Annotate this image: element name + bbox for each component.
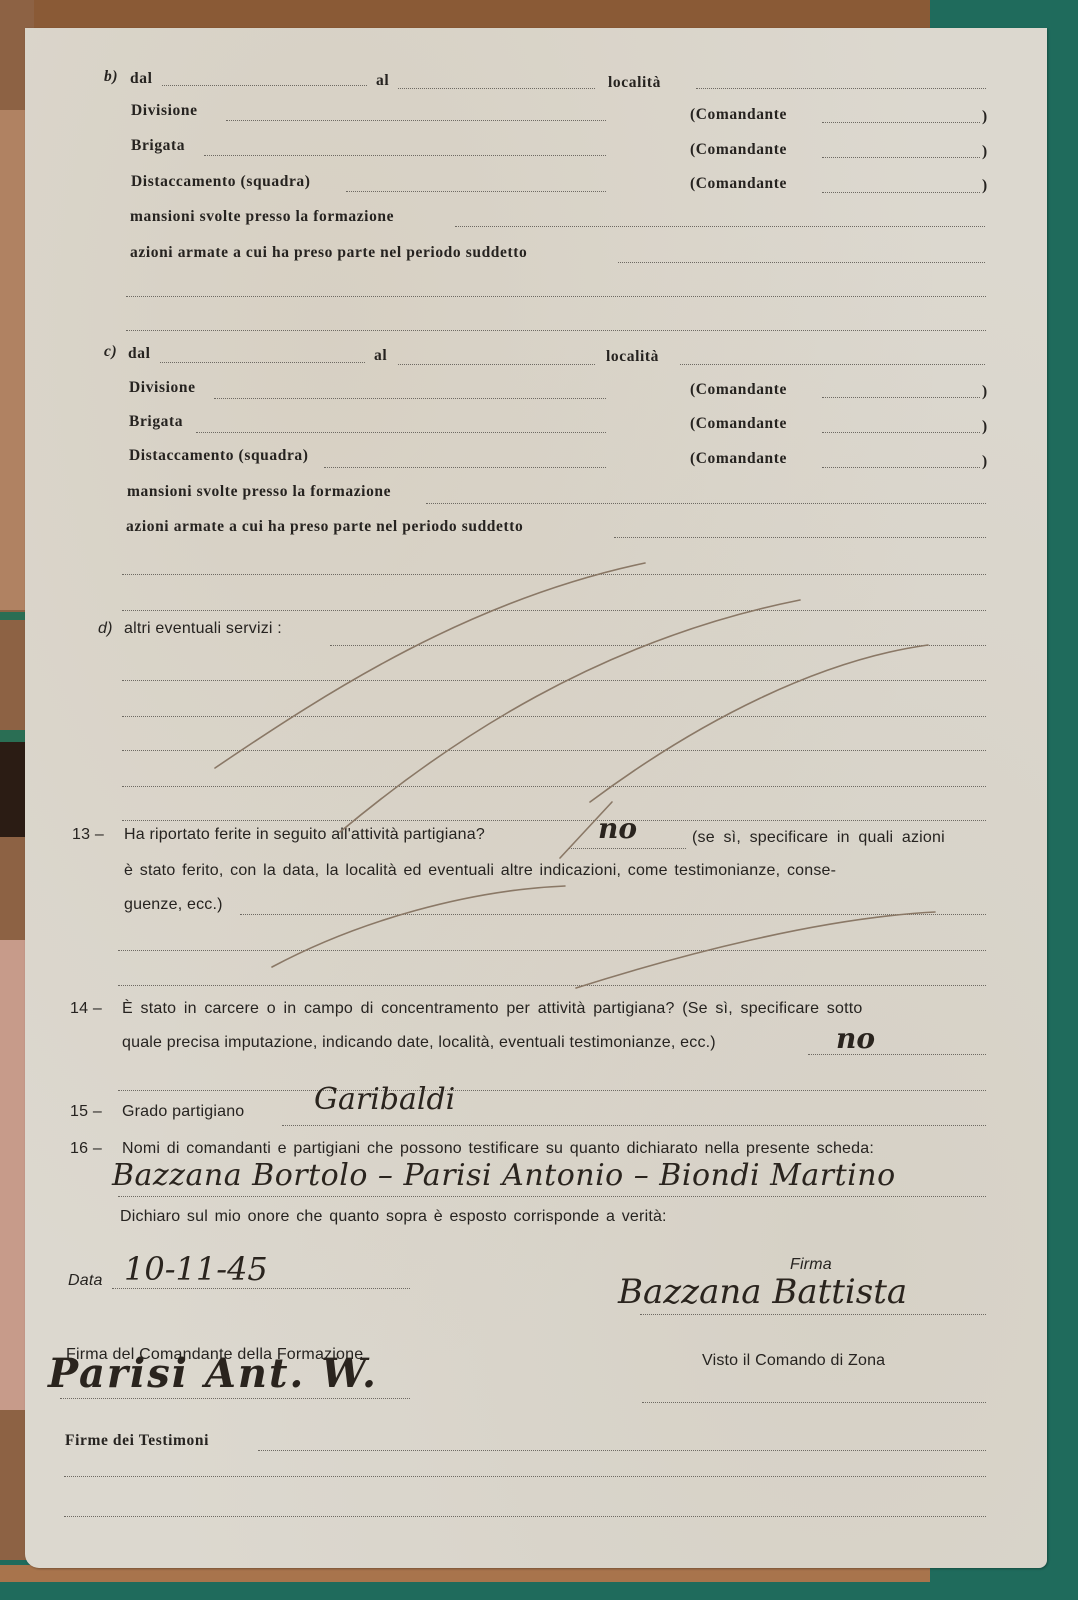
section-b-label: b) <box>104 68 118 86</box>
q15-label: Grado partigiano <box>122 1103 244 1121</box>
firma-signature: Bazzana Battista <box>618 1272 907 1312</box>
section-b-azioni-line-3[interactable] <box>126 330 986 331</box>
comandante-formazione-field[interactable] <box>60 1398 410 1399</box>
section-c-brigata-field[interactable] <box>196 432 606 433</box>
section-d-line-2[interactable] <box>122 680 986 681</box>
section-c-mansioni-field[interactable] <box>426 503 986 504</box>
section-b-brigata-label: Brigata <box>131 137 185 155</box>
section-d-line-4[interactable] <box>122 750 986 751</box>
section-b-divisione-label: Divisione <box>131 102 198 120</box>
firme-testimoni-line-2[interactable] <box>64 1476 986 1477</box>
section-b-brigata-comandante-field[interactable] <box>822 157 980 158</box>
section-c-al-label: al <box>374 347 387 365</box>
q14-question-line-2: quale precisa imputazione, indicando dat… <box>122 1034 716 1052</box>
section-b-distaccamento-comandante-label: (Comandante <box>690 175 787 193</box>
section-d-label: d) <box>98 620 113 638</box>
q13-question-line-2: è stato ferito, con la data, la località… <box>124 862 836 880</box>
close-paren: ) <box>982 418 988 436</box>
section-c-dal-label: dal <box>128 345 150 363</box>
declaration-text: Dichiaro sul mio onore che quanto sopra … <box>120 1208 667 1226</box>
section-d-field[interactable] <box>330 645 986 646</box>
section-b-divisione-comandante-field[interactable] <box>822 122 980 123</box>
q13-answer-handwritten: no <box>598 812 637 845</box>
close-paren: ) <box>982 177 988 195</box>
q16-answer-field[interactable] <box>118 1196 986 1197</box>
section-b-brigata-field[interactable] <box>204 155 606 156</box>
close-paren: ) <box>982 453 988 471</box>
section-c-al-field[interactable] <box>398 364 595 365</box>
q16-number: 16 – <box>70 1140 102 1158</box>
section-c-azioni-label: azioni armate a cui ha preso parte nel p… <box>126 518 523 536</box>
q14-detail-line-2[interactable] <box>118 1090 986 1091</box>
section-b-brigata-comandante-label: (Comandante <box>690 141 787 159</box>
section-c-distaccamento-comandante-label: (Comandante <box>690 450 787 468</box>
date-label: Data <box>68 1272 103 1290</box>
section-c-localita-label: località <box>606 348 659 366</box>
close-paren: ) <box>982 143 988 161</box>
date-handwritten: 10-11-45 <box>124 1250 268 1288</box>
q14-answer-field[interactable] <box>808 1054 986 1055</box>
date-field[interactable] <box>112 1288 410 1289</box>
firme-testimoni-field[interactable] <box>258 1450 986 1451</box>
q13-answer-field[interactable] <box>568 848 686 849</box>
section-b-divisione-field[interactable] <box>226 120 606 121</box>
visto-comando-zona-label: Visto il Comando di Zona <box>702 1352 885 1370</box>
q13-detail-line-3[interactable] <box>118 985 986 986</box>
q15-number: 15 – <box>70 1103 102 1121</box>
section-b-distaccamento-comandante-field[interactable] <box>822 192 980 193</box>
section-b-al-field[interactable] <box>398 88 595 89</box>
section-c-brigata-label: Brigata <box>129 413 183 431</box>
q14-number: 14 – <box>70 1000 102 1018</box>
close-paren: ) <box>982 383 988 401</box>
section-c-brigata-comandante-label: (Comandante <box>690 415 787 433</box>
section-b-distaccamento-label: Distaccamento (squadra) <box>131 173 311 191</box>
section-c-divisione-comandante-field[interactable] <box>822 397 980 398</box>
q13-number: 13 – <box>72 826 104 844</box>
section-c-distaccamento-label: Distaccamento (squadra) <box>129 447 309 465</box>
section-d-line-5[interactable] <box>122 786 986 787</box>
section-b-azioni-field[interactable] <box>618 262 985 263</box>
q13-detail-line-2[interactable] <box>118 950 986 951</box>
q16-answer-handwritten: Bazzana Bortolo – Parisi Antonio – Biond… <box>112 1158 896 1193</box>
firme-testimoni-label: Firme dei Testimoni <box>65 1432 209 1450</box>
section-c-label: c) <box>104 343 117 361</box>
q13-question-tail: (se sì, specificare in quali azioni <box>692 829 945 847</box>
section-c-localita-field[interactable] <box>680 364 985 365</box>
section-b-localita-field[interactable] <box>696 88 986 89</box>
section-b-azioni-label: azioni armate a cui ha preso parte nel p… <box>130 244 527 262</box>
q15-answer-field[interactable] <box>282 1125 986 1126</box>
section-d-text: altri eventuali servizi : <box>124 620 282 638</box>
visto-comando-zona-field[interactable] <box>642 1402 986 1403</box>
section-c-divisione-label: Divisione <box>129 379 196 397</box>
close-paren: ) <box>982 108 988 126</box>
q13-question-line-3: guenze, ecc.) <box>124 896 223 914</box>
section-c-azioni-line-2[interactable] <box>122 574 986 575</box>
q13-detail-field[interactable] <box>240 914 986 915</box>
section-b-localita-label: località <box>608 74 661 92</box>
section-c-divisione-comandante-label: (Comandante <box>690 381 787 399</box>
comandante-formazione-signature: Parisi Ant. W. <box>48 1350 378 1397</box>
section-b-divisione-comandante-label: (Comandante <box>690 106 787 124</box>
section-d-line-6[interactable] <box>122 820 986 821</box>
q13-question: Ha riportato ferite in seguito all'attiv… <box>124 826 485 844</box>
firme-testimoni-line-3[interactable] <box>64 1516 986 1517</box>
section-b-azioni-line-2[interactable] <box>126 296 986 297</box>
section-c-brigata-comandante-field[interactable] <box>822 432 980 433</box>
section-c-azioni-line-3[interactable] <box>122 610 986 611</box>
section-b-mansioni-label: mansioni svolte presso la formazione <box>130 208 394 226</box>
section-c-azioni-field[interactable] <box>614 537 986 538</box>
q15-answer-handwritten: Garibaldi <box>314 1082 455 1117</box>
q14-question: È stato in carcere o in campo di concent… <box>122 1000 863 1018</box>
section-c-distaccamento-comandante-field[interactable] <box>822 467 980 468</box>
q14-answer-handwritten: no <box>836 1022 875 1055</box>
section-c-divisione-field[interactable] <box>214 398 606 399</box>
section-c-dal-field[interactable] <box>160 362 365 363</box>
section-b-al-label: al <box>376 72 389 90</box>
section-b-dal-field[interactable] <box>162 85 367 86</box>
firma-field[interactable] <box>640 1314 986 1315</box>
section-b-dal-label: dal <box>130 70 152 88</box>
section-c-distaccamento-field[interactable] <box>324 467 606 468</box>
section-d-line-3[interactable] <box>122 716 986 717</box>
section-b-distaccamento-field[interactable] <box>346 191 606 192</box>
section-b-mansioni-field[interactable] <box>455 226 985 227</box>
q16-label: Nomi di comandanti e partigiani che poss… <box>122 1140 874 1158</box>
section-c-mansioni-label: mansioni svolte presso la formazione <box>127 483 391 501</box>
